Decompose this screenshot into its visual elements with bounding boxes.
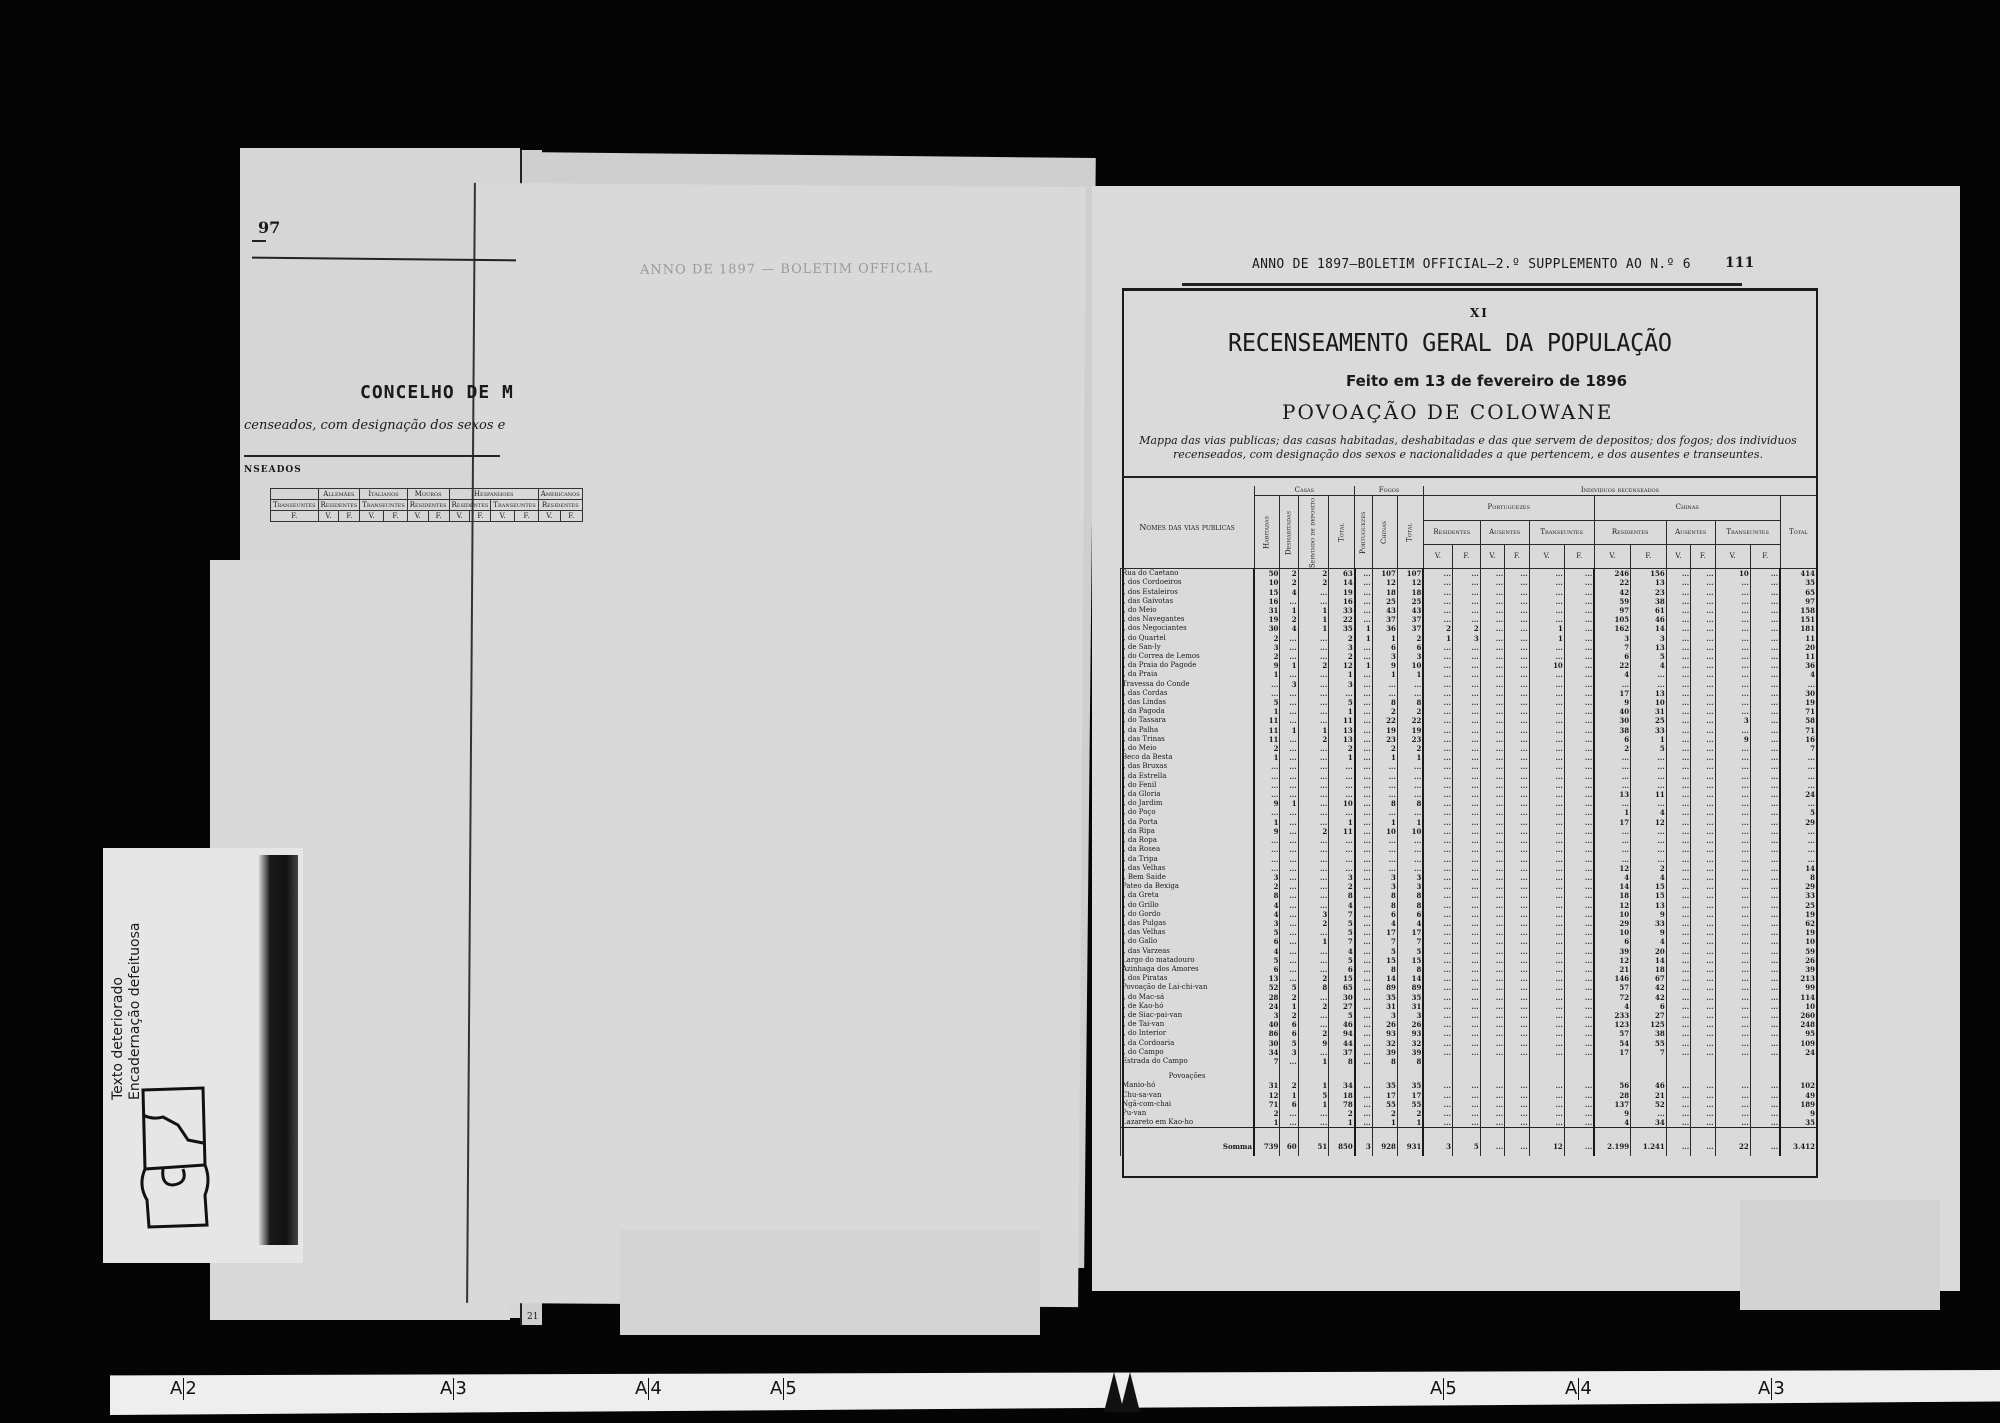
cell-value: 16 <box>1254 597 1280 606</box>
cell-value: ... <box>1780 781 1816 790</box>
cell-value: 162 <box>1594 624 1630 633</box>
cell-value: ... <box>1715 845 1750 854</box>
cell-value: 71 <box>1780 707 1816 716</box>
cell-value: ... <box>1280 910 1298 919</box>
cell-value: 30 <box>1254 624 1280 633</box>
cell-value: 6 <box>1594 735 1630 744</box>
cell-value: 1 <box>1254 818 1280 827</box>
cell-value: ... <box>1564 864 1594 873</box>
cell-value: 13 <box>1631 578 1667 587</box>
cell-value: ... <box>1715 597 1750 606</box>
sub-transeuntes: Transeuntes <box>271 500 319 511</box>
cell-value: ... <box>1355 652 1372 661</box>
cell-value: ... <box>1423 919 1452 928</box>
cell-value: 2 <box>1280 993 1298 1002</box>
cell-value: ... <box>1397 836 1423 845</box>
sex-v: V. <box>407 511 428 522</box>
cell-value: ... <box>1397 855 1423 864</box>
cell-value: ... <box>1780 772 1816 781</box>
cell-value: ... <box>1666 1100 1690 1109</box>
table-row: „ do Interior866294...9393..............… <box>1121 1029 1817 1038</box>
cell-value: 2 <box>1631 864 1667 873</box>
street-name: „ das Gaivotas <box>1121 597 1255 606</box>
street-name: „ da Estrella <box>1121 772 1255 781</box>
street-name: „ do Mac-sá <box>1121 993 1255 1002</box>
cell-value: 39 <box>1372 1048 1397 1057</box>
cell-value: ... <box>1529 947 1564 956</box>
cell-value: ... <box>1452 569 1480 579</box>
sex-f: F. <box>560 511 582 522</box>
cell-value: ... <box>1280 1118 1298 1128</box>
cell-value: ... <box>1750 643 1780 652</box>
cell-value: ... <box>1691 799 1715 808</box>
group-header-individuos: Individuos recenseados <box>1423 486 1816 496</box>
cell-value: ... <box>1666 1109 1690 1118</box>
table-row: „ da Greta8......8...88.................… <box>1121 891 1817 900</box>
street-name: „ do Interior <box>1121 1029 1255 1038</box>
census-table: Nomes das vias publicas Casas Fogos Indi… <box>1120 486 1816 1156</box>
table-row: Largo do matadouro5......5...1515.......… <box>1121 956 1817 965</box>
sex-f: F. <box>339 511 360 522</box>
cell-value: 65 <box>1780 588 1816 597</box>
cell-value: 57 <box>1594 1029 1630 1038</box>
cell-value: ... <box>1666 707 1690 716</box>
cell-value: ... <box>1750 707 1780 716</box>
cell-value: 7 <box>1631 1048 1667 1057</box>
cell-value: ... <box>1452 670 1480 679</box>
cell-value: 13 <box>1254 974 1280 983</box>
col-header-fogos-portuguezes: Portuguezes <box>1355 496 1372 569</box>
cell-value: ... <box>1280 698 1298 707</box>
frame-mark-letter: A <box>770 1378 782 1399</box>
cell-value: ... <box>1505 781 1529 790</box>
street-name: „ dos Negociantes <box>1121 624 1255 633</box>
povoacao-row: Ngâ-com-chai716178...5555...............… <box>1121 1100 1817 1109</box>
cell-value: 2 <box>1397 634 1423 643</box>
cell-value: 17 <box>1372 1091 1397 1100</box>
cell-value: ... <box>1423 965 1452 974</box>
street-name: Rua do Caetano <box>1121 569 1255 579</box>
cell-value: ... <box>1329 781 1355 790</box>
cell-value: ... <box>1280 643 1298 652</box>
col-header-habitadas: Habitadas <box>1254 496 1280 569</box>
cell-value: ... <box>1298 873 1329 882</box>
cell-value: 2 <box>1329 634 1355 643</box>
cell-value: ... <box>1564 827 1594 836</box>
cell-value: ... <box>1666 919 1690 928</box>
cell-value: ... <box>1715 670 1750 679</box>
table-row: „ da Cordoaria305944...3232.............… <box>1121 1039 1817 1048</box>
cell-value <box>1529 1057 1564 1066</box>
cell-value: ... <box>1329 845 1355 854</box>
cell-value: ... <box>1715 606 1750 615</box>
cell-value: 10 <box>1715 569 1750 579</box>
cell-value: ... <box>1423 1011 1452 1020</box>
sex-v: V. <box>318 511 339 522</box>
cell-value: ... <box>1423 615 1452 624</box>
cell-value: 2 <box>1329 882 1355 891</box>
cell-value: ... <box>1355 864 1372 873</box>
cell-value: 12 <box>1594 956 1630 965</box>
cell-value: 2 <box>1254 652 1280 661</box>
cell-value: ... <box>1452 919 1480 928</box>
cell-value: ... <box>1564 891 1594 900</box>
table-row: „ do Gallo6...17...77..................6… <box>1121 937 1817 946</box>
cell-value: ... <box>1505 624 1529 633</box>
cell-value: 3 <box>1397 652 1423 661</box>
cell-value: ... <box>1254 836 1280 845</box>
cell-value: 33 <box>1631 726 1667 735</box>
cell-value: ... <box>1505 1029 1529 1038</box>
cell-value: ... <box>1298 689 1329 698</box>
cell-value: ... <box>1355 680 1372 689</box>
cell-value: ... <box>1355 597 1372 606</box>
section-number: XI <box>1470 306 1489 320</box>
cell-value: 9 <box>1594 698 1630 707</box>
cell-value: ... <box>1564 615 1594 624</box>
frame-mark: A4 <box>635 1378 662 1400</box>
cell-value: ... <box>1505 845 1529 854</box>
cell-value: ... <box>1564 1020 1594 1029</box>
cell-value: ... <box>1505 808 1529 817</box>
cell-value: ... <box>1480 1039 1504 1048</box>
cell-value: ... <box>1397 808 1423 817</box>
cell-value: 2 <box>1298 1029 1329 1038</box>
cell-value: ... <box>1715 808 1750 817</box>
cell-value: ... <box>1280 901 1298 910</box>
cell-value: ... <box>1715 947 1750 956</box>
cell-value: ... <box>1298 808 1329 817</box>
cell-value: ... <box>1715 965 1750 974</box>
street-name: „ das Velhas <box>1121 864 1255 873</box>
cell-value: ... <box>1480 947 1504 956</box>
cell-value: ... <box>1280 781 1298 790</box>
cell-value: ... <box>1529 606 1564 615</box>
cell-value: 5 <box>1329 956 1355 965</box>
cell-value: 25 <box>1780 901 1816 910</box>
cell-value: ... <box>1280 864 1298 873</box>
cell-value: ... <box>1480 588 1504 597</box>
cell-value: ... <box>1280 652 1298 661</box>
cell-value: ... <box>1666 597 1690 606</box>
cell-value: 11 <box>1329 827 1355 836</box>
cell-value: ... <box>1505 597 1529 606</box>
cell-value: 2 <box>1254 882 1280 891</box>
cell-value: 414 <box>1780 569 1816 579</box>
cell-value: ... <box>1564 1118 1594 1128</box>
cell-value: 8 <box>1254 891 1280 900</box>
cell-value: 4 <box>1631 937 1667 946</box>
cell-value: ... <box>1505 974 1529 983</box>
cell-value: ... <box>1452 716 1480 725</box>
cell-value: 1 <box>1329 818 1355 827</box>
cell-value <box>1594 1057 1630 1066</box>
cell-value: ... <box>1780 762 1816 771</box>
cell-value: ... <box>1397 772 1423 781</box>
cell-value: ... <box>1355 928 1372 937</box>
cell-value: ... <box>1631 845 1667 854</box>
cell-value: ... <box>1691 744 1715 753</box>
frame-mark: A5 <box>1430 1378 1457 1400</box>
table-row: „ da Gloria.............................… <box>1121 790 1817 799</box>
cell-value: 17 <box>1594 818 1630 827</box>
cell-value: ... <box>1529 588 1564 597</box>
street-name: „ de Tai-van <box>1121 1020 1255 1029</box>
cell-value: ... <box>1564 726 1594 735</box>
cell-value: ... <box>1355 772 1372 781</box>
sum-value: 12 <box>1529 1128 1564 1156</box>
cell-value: 1 <box>1355 624 1372 633</box>
cell-value: ... <box>1298 1020 1329 1029</box>
cell-value: 23 <box>1372 735 1397 744</box>
cell-value: 2 <box>1372 744 1397 753</box>
street-name: „ das Lindas <box>1121 698 1255 707</box>
cell-value: ... <box>1280 716 1298 725</box>
cell-value: ... <box>1372 680 1397 689</box>
cell-value: ... <box>1715 1029 1750 1038</box>
cell-value: 8 <box>1372 891 1397 900</box>
sum-value: 3 <box>1423 1128 1452 1156</box>
cell-value: ... <box>1423 956 1452 965</box>
cell-value: 25 <box>1372 597 1397 606</box>
empty-cell <box>1298 1066 1329 1081</box>
cell-value: ... <box>1715 762 1750 771</box>
cell-value: ... <box>1564 762 1594 771</box>
cell-value: 5 <box>1372 947 1397 956</box>
cell-value: ... <box>1564 588 1594 597</box>
cell-value: ... <box>1372 762 1397 771</box>
cell-value: 4 <box>1329 947 1355 956</box>
cell-value: 3 <box>1298 910 1329 919</box>
sex-f: F. <box>384 511 408 522</box>
street-name: Pu-van <box>1121 1109 1255 1118</box>
cell-value: ... <box>1505 818 1529 827</box>
table-row: Estrada do Campo7...18...88 <box>1121 1057 1817 1066</box>
street-name: „ da Cordoaria <box>1121 1039 1255 1048</box>
cell-value: ... <box>1355 643 1372 652</box>
table-row: „ das Velhas5......5...1717.............… <box>1121 928 1817 937</box>
cell-value: 17 <box>1372 928 1397 937</box>
cell-value: ... <box>1666 670 1690 679</box>
sum-value: ... <box>1564 1128 1594 1156</box>
cell-value: ... <box>1452 781 1480 790</box>
cell-value: ... <box>1666 661 1690 670</box>
cell-value: ... <box>1355 1011 1372 1020</box>
cell-value <box>1750 1057 1780 1066</box>
cell-value: ... <box>1280 818 1298 827</box>
cell-value: ... <box>1631 762 1667 771</box>
cell-value: 86 <box>1254 1029 1280 1038</box>
binding-shadow <box>258 855 298 1245</box>
cell-value: 1 <box>1529 624 1564 633</box>
cell-value: 35 <box>1329 624 1355 633</box>
cell-value: ... <box>1666 698 1690 707</box>
sex-f: F. <box>271 511 319 522</box>
table-row: „ Bem Saide3......3...33................… <box>1121 873 1817 882</box>
cell-value: ... <box>1452 855 1480 864</box>
cell-value: ... <box>1280 965 1298 974</box>
cell-value: ... <box>1750 762 1780 771</box>
cell-value: ... <box>1564 928 1594 937</box>
cell-value: 1 <box>1298 937 1329 946</box>
cell-value: 93 <box>1372 1029 1397 1038</box>
cell-value: 6 <box>1631 1002 1667 1011</box>
cell-value: 3 <box>1397 873 1423 882</box>
cell-value: ... <box>1691 808 1715 817</box>
cell-value: 5 <box>1631 744 1667 753</box>
cell-value: ... <box>1452 993 1480 1002</box>
cell-value: ... <box>1529 689 1564 698</box>
table-row: „ do Tassara11......11...2222...........… <box>1121 716 1817 725</box>
cell-value: ... <box>1505 735 1529 744</box>
sex-v: V. <box>449 511 470 522</box>
cell-value: 2 <box>1254 634 1280 643</box>
cell-value: ... <box>1423 698 1452 707</box>
cell-value: 20 <box>1780 643 1816 652</box>
cell-value: ... <box>1452 799 1480 808</box>
cell-value: ... <box>1750 919 1780 928</box>
frame-mark-number: 4 <box>1580 1378 1591 1399</box>
street-name: „ Bem Saide <box>1121 873 1255 882</box>
cell-value: ... <box>1715 615 1750 624</box>
cell-value: ... <box>1355 707 1372 716</box>
sex-v: V. <box>491 511 515 522</box>
cell-value: 7 <box>1594 643 1630 652</box>
cell-value: ... <box>1280 873 1298 882</box>
cell-value: 32 <box>1372 1039 1397 1048</box>
cell-value: ... <box>1564 901 1594 910</box>
sum-value: ... <box>1666 1128 1690 1156</box>
cell-value: 1 <box>1329 1118 1355 1128</box>
cell-value: ... <box>1666 634 1690 643</box>
cell-value: ... <box>1750 735 1780 744</box>
cell-value: ... <box>1505 873 1529 882</box>
cell-value: 14 <box>1372 974 1397 983</box>
cell-value: 15 <box>1631 891 1667 900</box>
cell-value: 37 <box>1372 615 1397 624</box>
cell-value: ... <box>1452 827 1480 836</box>
cell-value: ... <box>1691 974 1715 983</box>
cell-value: 12 <box>1594 901 1630 910</box>
cell-value: 14 <box>1594 882 1630 891</box>
cell-value: ... <box>1355 1020 1372 1029</box>
cell-value: ... <box>1355 873 1372 882</box>
cell-value: ... <box>1666 643 1690 652</box>
cell-value: 18 <box>1397 588 1423 597</box>
cell-value: ... <box>1715 643 1750 652</box>
cell-value: ... <box>1423 606 1452 615</box>
cell-value: ... <box>1505 799 1529 808</box>
empty-cell <box>1505 1066 1529 1081</box>
cell-value: ... <box>1505 772 1529 781</box>
cell-value: ... <box>1298 698 1329 707</box>
cell-value: 56 <box>1594 1081 1630 1090</box>
street-name: „ da Ropa <box>1121 836 1255 845</box>
cell-value: ... <box>1452 661 1480 670</box>
sum-value: ... <box>1480 1128 1504 1156</box>
cell-value: 7 <box>1329 910 1355 919</box>
cell-value: ... <box>1505 790 1529 799</box>
cell-value: ... <box>1529 726 1564 735</box>
cell-value: ... <box>1254 762 1280 771</box>
cell-value: 57 <box>1594 983 1630 992</box>
cell-value: 3 <box>1329 643 1355 652</box>
cell-value: ... <box>1254 864 1280 873</box>
cell-value: 1 <box>1298 1081 1329 1090</box>
cell-value: ... <box>1505 615 1529 624</box>
cell-value: ... <box>1715 855 1750 864</box>
cell-value: ... <box>1372 772 1397 781</box>
cell-value: ... <box>1564 882 1594 891</box>
cell-value: ... <box>1480 643 1504 652</box>
cell-value: ... <box>1480 864 1504 873</box>
cell-value: ... <box>1423 781 1452 790</box>
cell-value: 89 <box>1372 983 1397 992</box>
street-name: „ das Cordas <box>1121 689 1255 698</box>
cell-value: 6 <box>1397 910 1423 919</box>
cell-value: ... <box>1691 928 1715 937</box>
cell-value: ... <box>1452 983 1480 992</box>
cell-value: 19 <box>1372 726 1397 735</box>
cell-value: 32 <box>1397 1039 1423 1048</box>
cell-value: ... <box>1423 855 1452 864</box>
cell-value: ... <box>1480 965 1504 974</box>
cell-value: ... <box>1564 983 1594 992</box>
cell-value: ... <box>1750 1109 1780 1118</box>
cell-value: ... <box>1691 790 1715 799</box>
street-name: „ do Meio <box>1121 744 1255 753</box>
cell-value: ... <box>1505 1109 1529 1118</box>
cell-value: ... <box>1480 569 1504 579</box>
street-name: „ das Pulgas <box>1121 919 1255 928</box>
cell-value <box>1505 1057 1529 1066</box>
cell-value <box>1452 1057 1480 1066</box>
cell-value: ... <box>1564 1029 1594 1038</box>
cell-value: ... <box>1505 680 1529 689</box>
cell-value: ... <box>1452 606 1480 615</box>
cell-value: 39 <box>1397 1048 1423 1057</box>
cell-value: ... <box>1715 661 1750 670</box>
cell-value: ... <box>1750 873 1780 882</box>
cell-value: ... <box>1452 818 1480 827</box>
cell-value: ... <box>1691 634 1715 643</box>
cell-value: 22 <box>1372 716 1397 725</box>
cell-value: ... <box>1691 965 1715 974</box>
cell-value: ... <box>1750 1100 1780 1109</box>
cell-value: ... <box>1715 974 1750 983</box>
cell-value: ... <box>1529 965 1564 974</box>
cell-value: 39 <box>1594 947 1630 956</box>
cell-value: ... <box>1505 1020 1529 1029</box>
cell-value: 2 <box>1298 569 1329 579</box>
cell-value: 2 <box>1298 827 1329 836</box>
cell-value: ... <box>1691 753 1715 762</box>
cell-value: ... <box>1423 597 1452 606</box>
cell-value: 27 <box>1631 1011 1667 1020</box>
cell-value: ... <box>1529 808 1564 817</box>
cell-value: ... <box>1480 707 1504 716</box>
cell-value: ... <box>1480 891 1504 900</box>
cell-value: ... <box>1254 680 1280 689</box>
table-row: „ das Varzeas4......4...55..............… <box>1121 947 1817 956</box>
cell-value: ... <box>1564 937 1594 946</box>
cell-value: 5 <box>1397 947 1423 956</box>
cell-value: ... <box>1529 845 1564 854</box>
cell-value: 10 <box>1780 937 1816 946</box>
cell-value: ... <box>1666 744 1690 753</box>
cell-value: ... <box>1529 643 1564 652</box>
cell-value: ... <box>1372 808 1397 817</box>
